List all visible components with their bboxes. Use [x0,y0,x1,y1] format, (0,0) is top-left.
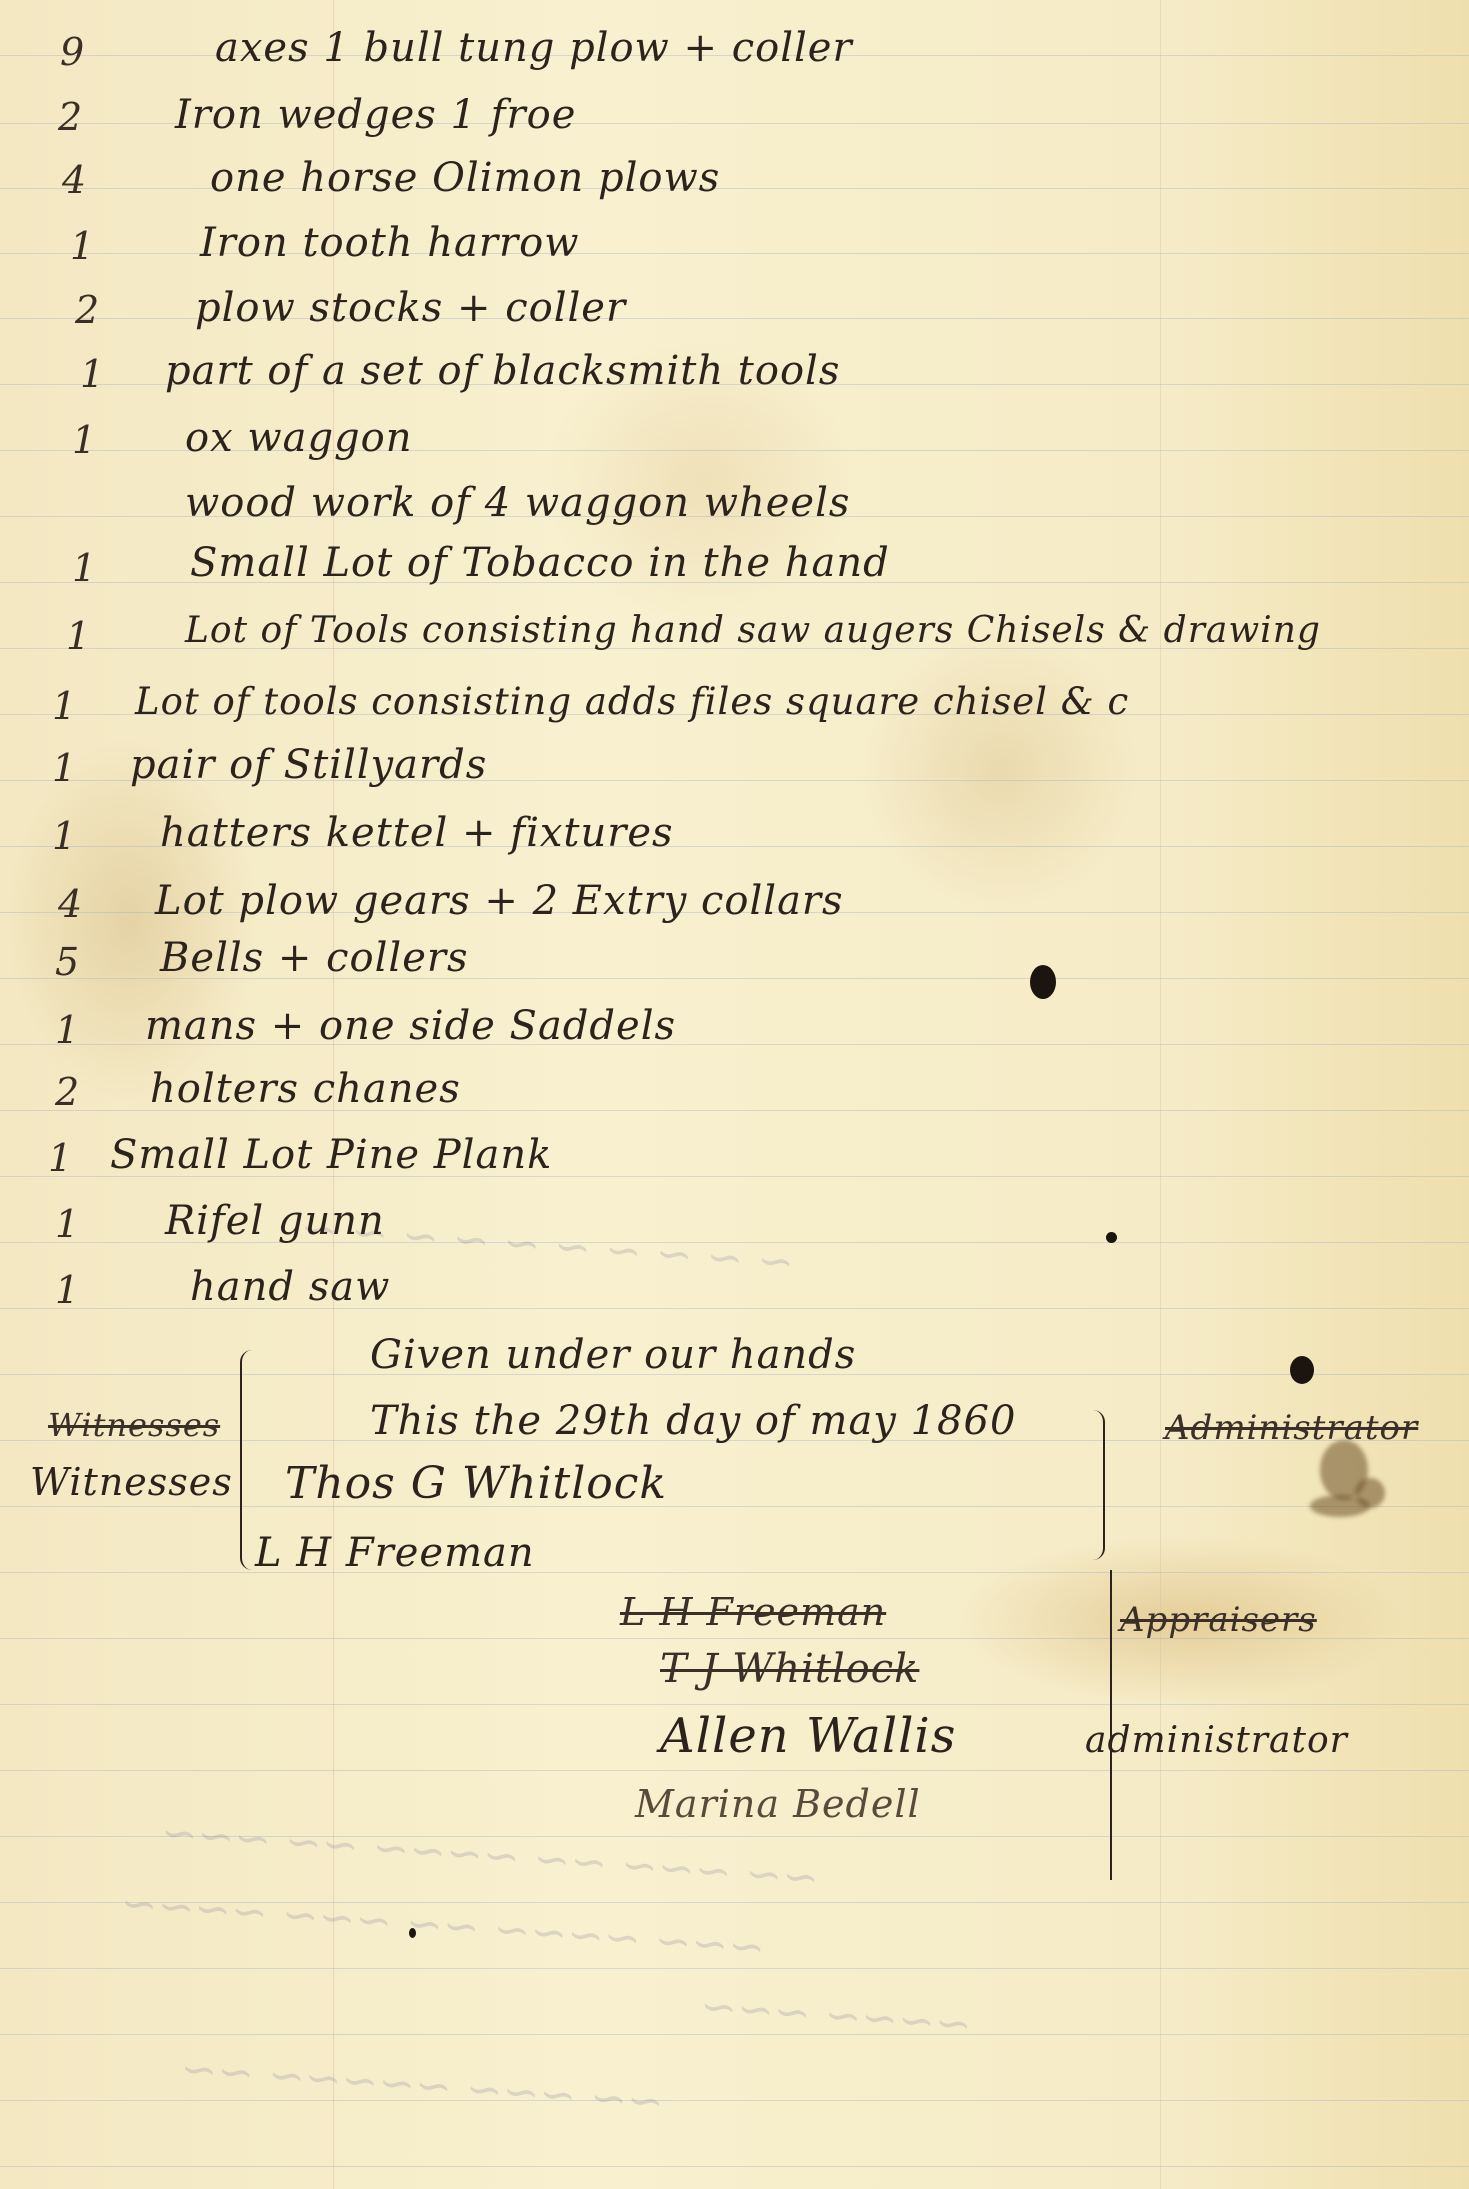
administrator-label: administrator [1085,1720,1348,1761]
item-description: Small Lot of Tobacco in the hand [190,540,890,586]
item-description: wood work of 4 waggon wheels [185,480,850,526]
item-description: Iron wedges 1 froe [175,92,576,138]
item-description: one horse Olimon plows [210,155,720,201]
item-description: ox waggon [185,415,413,461]
item-description: holters chanes [150,1066,461,1112]
struck-administrator-label: Administrator [1165,1408,1418,1448]
item-description: mans + one side Saddels [145,1003,676,1049]
item-description: Lot plow gears + 2 Extry collars [155,878,844,924]
item-quantity: 5 [55,940,80,984]
item-description: Rifel gunn [165,1198,385,1244]
item-quantity: 1 [52,684,77,728]
item-quantity: 1 [52,814,77,858]
item-quantity: 1 [52,746,77,790]
witnesses-label: Witnesses [30,1460,233,1504]
struck-appraiser-signature-2: T J Whitlock [660,1646,919,1692]
item-quantity: 4 [58,882,83,926]
item-description: hatters kettel + fixtures [160,810,674,856]
item-quantity: 1 [48,1136,73,1180]
struck-appraisers-label: Appraisers [1120,1600,1317,1640]
item-quantity: 1 [80,352,105,396]
item-quantity: 2 [55,1070,80,1114]
witness-signature-1: Thos G Whitlock [285,1458,667,1509]
item-quantity: 2 [58,95,83,139]
item-quantity: 1 [66,614,91,658]
struck-witnesses-label: Witnesses [48,1406,220,1444]
administrator-signature: Allen Wallis [660,1708,956,1764]
item-quantity: 1 [72,546,97,590]
item-quantity: 1 [72,418,97,462]
closing-line-given: Given under our hands [370,1332,856,1378]
item-quantity: 1 [55,1008,80,1052]
item-quantity: 1 [55,1202,80,1246]
struck-appraiser-signature-1: L H Freeman [620,1590,886,1634]
item-quantity: 1 [70,224,95,268]
item-quantity: 2 [75,288,100,332]
item-description: hand saw [190,1264,390,1310]
item-description: axes 1 bull tung plow + coller [215,25,853,71]
signature-divider-line [1110,1570,1112,1880]
item-quantity: 4 [62,158,87,202]
item-quantity: 1 [55,1268,80,1312]
item-description: Small Lot Pine Plank [110,1132,552,1178]
date-brace [1085,1410,1105,1560]
item-description: part of a set of blacksmith tools [165,348,840,394]
item-description: Iron tooth harrow [200,220,579,266]
item-description: Lot of tools consisting adds files squar… [135,680,1129,723]
item-quantity: 9 [60,30,85,74]
item-description: plow stocks + coller [195,285,626,331]
item-description: Bells + collers [160,935,469,981]
closing-line-date: This the 29th day of may 1860 [370,1398,1016,1444]
item-description: Lot of Tools consisting hand saw augers … [185,610,1321,651]
item-description: pair of Stillyards [130,742,487,788]
witness-signature-2: L H Freeman [255,1530,535,1576]
additional-signature: Marina Bedell [635,1782,921,1826]
